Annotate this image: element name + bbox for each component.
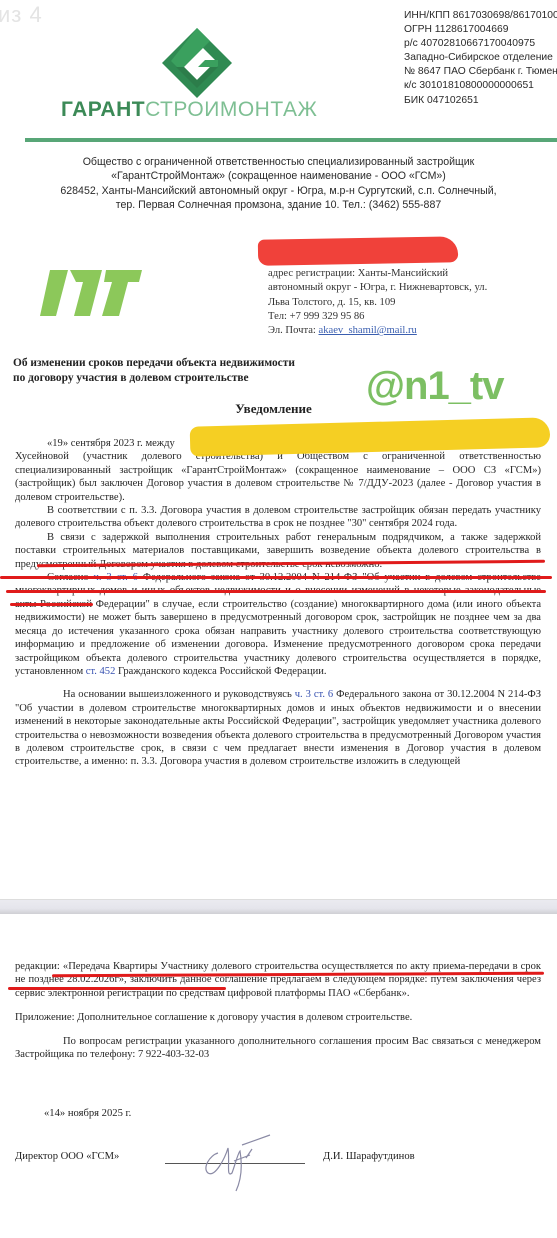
notice-title: Уведомление <box>0 401 557 417</box>
contract-text: Хусейновой (участник долевого строительс… <box>15 451 541 502</box>
contact-paragraph: По вопросам регистрации указанного допол… <box>15 1035 541 1062</box>
letterhead-divider <box>25 138 557 142</box>
n1-logo-icon <box>40 268 150 318</box>
red-underline <box>0 576 552 579</box>
paragraph-new-wording: редакции: «Передача Квартиры Участнику д… <box>15 960 541 1000</box>
red-redaction-mark <box>258 236 458 265</box>
contract-date: «19» сентября 2023 г. между <box>47 438 175 449</box>
recipient-line: Льва Толстого, д. 15, кв. 109 <box>268 296 487 310</box>
subject-line: по договору участия в долевом строительс… <box>13 371 295 386</box>
bank-bik: БИК 047102651 <box>404 94 557 108</box>
email-label: Эл. Почта: <box>268 325 319 336</box>
letter-subject: Об изменении сроков передачи объекта нед… <box>13 356 295 386</box>
subject-line: Об изменении сроков передачи объекта нед… <box>13 356 295 371</box>
paragraph-deadline: В соответствии с п. 3.3. Договора участи… <box>15 504 541 531</box>
law-link-2[interactable]: ч. 3 ст. 6 <box>295 689 333 700</box>
body-page-1: «19» сентября 2023 г. междуХусейновой (у… <box>15 437 541 769</box>
company-logo-text: ГАРАНТСТРОИМОНТАЖ <box>61 98 317 122</box>
signer-name: Д.И. Шарафутдинов <box>323 1151 415 1162</box>
bank-ogrn: ОГРН 1128617004669 <box>404 23 557 37</box>
company-line: «ГарантСтройМонтаж» (сокращенное наимено… <box>0 169 557 183</box>
issue-date: «14» ноября 2025 г. <box>44 1108 131 1119</box>
bank-account: р/с 40702810667170040975 <box>404 37 557 51</box>
paragraph-proposal: На основании вышеизложенного и руководст… <box>15 688 541 768</box>
red-underline <box>10 603 93 606</box>
company-line: Общество с ограниченной ответственностью… <box>0 155 557 169</box>
page-break <box>0 899 557 914</box>
bank-details: ИНН/КПП 8617030698/861701001 ОГРН 112861… <box>404 9 557 108</box>
recipient-line: автономный округ - Югра, г. Нижневартовс… <box>268 281 487 295</box>
paragraph-law: Согласно ч. 3 ст. 6 Федерального закона … <box>15 571 541 678</box>
company-logo-icon <box>162 28 232 98</box>
bank-name: № 8647 ПАО Сбербанк г. Тюмень <box>404 65 557 79</box>
company-line: 628452, Ханты-Мансийский автономный окру… <box>0 184 557 198</box>
page-marker: из 4 <box>0 2 43 28</box>
company-info: Общество с ограниченной ответственностью… <box>0 155 557 212</box>
notice-title-text: Уведомление <box>235 401 312 417</box>
recipient-phone: Тел: +7 999 329 95 86 <box>268 310 487 324</box>
recipient-block: адрес регистрации: Ханты-Мансийский авто… <box>268 267 487 338</box>
company-line: тер. Первая Солнечная промзона, здание 1… <box>0 198 557 212</box>
red-underline <box>8 987 226 990</box>
logo-text-light: СТРОИМОНТАЖ <box>145 98 317 121</box>
civil-code-link[interactable]: ст. 452 <box>86 666 116 677</box>
red-underline <box>6 590 546 593</box>
recipient-email-link[interactable]: akaev_shamil@mail.ru <box>319 325 417 336</box>
logo-text-bold: ГАРАНТ <box>61 98 145 121</box>
bank-branch: Западно-Сибирское отделение <box>404 51 557 65</box>
signature-icon <box>190 1133 280 1193</box>
bank-inn: ИНН/КПП 8617030698/861701001 <box>404 9 557 23</box>
bank-corr-account: к/с 30101810800000000651 <box>404 79 557 93</box>
signer-position: Директор ООО «ГСМ» <box>15 1151 119 1162</box>
recipient-line: адрес регистрации: Ханты-Мансийский <box>268 267 487 281</box>
attachment-note: Приложение: Дополнительное соглашение к … <box>15 1011 541 1024</box>
